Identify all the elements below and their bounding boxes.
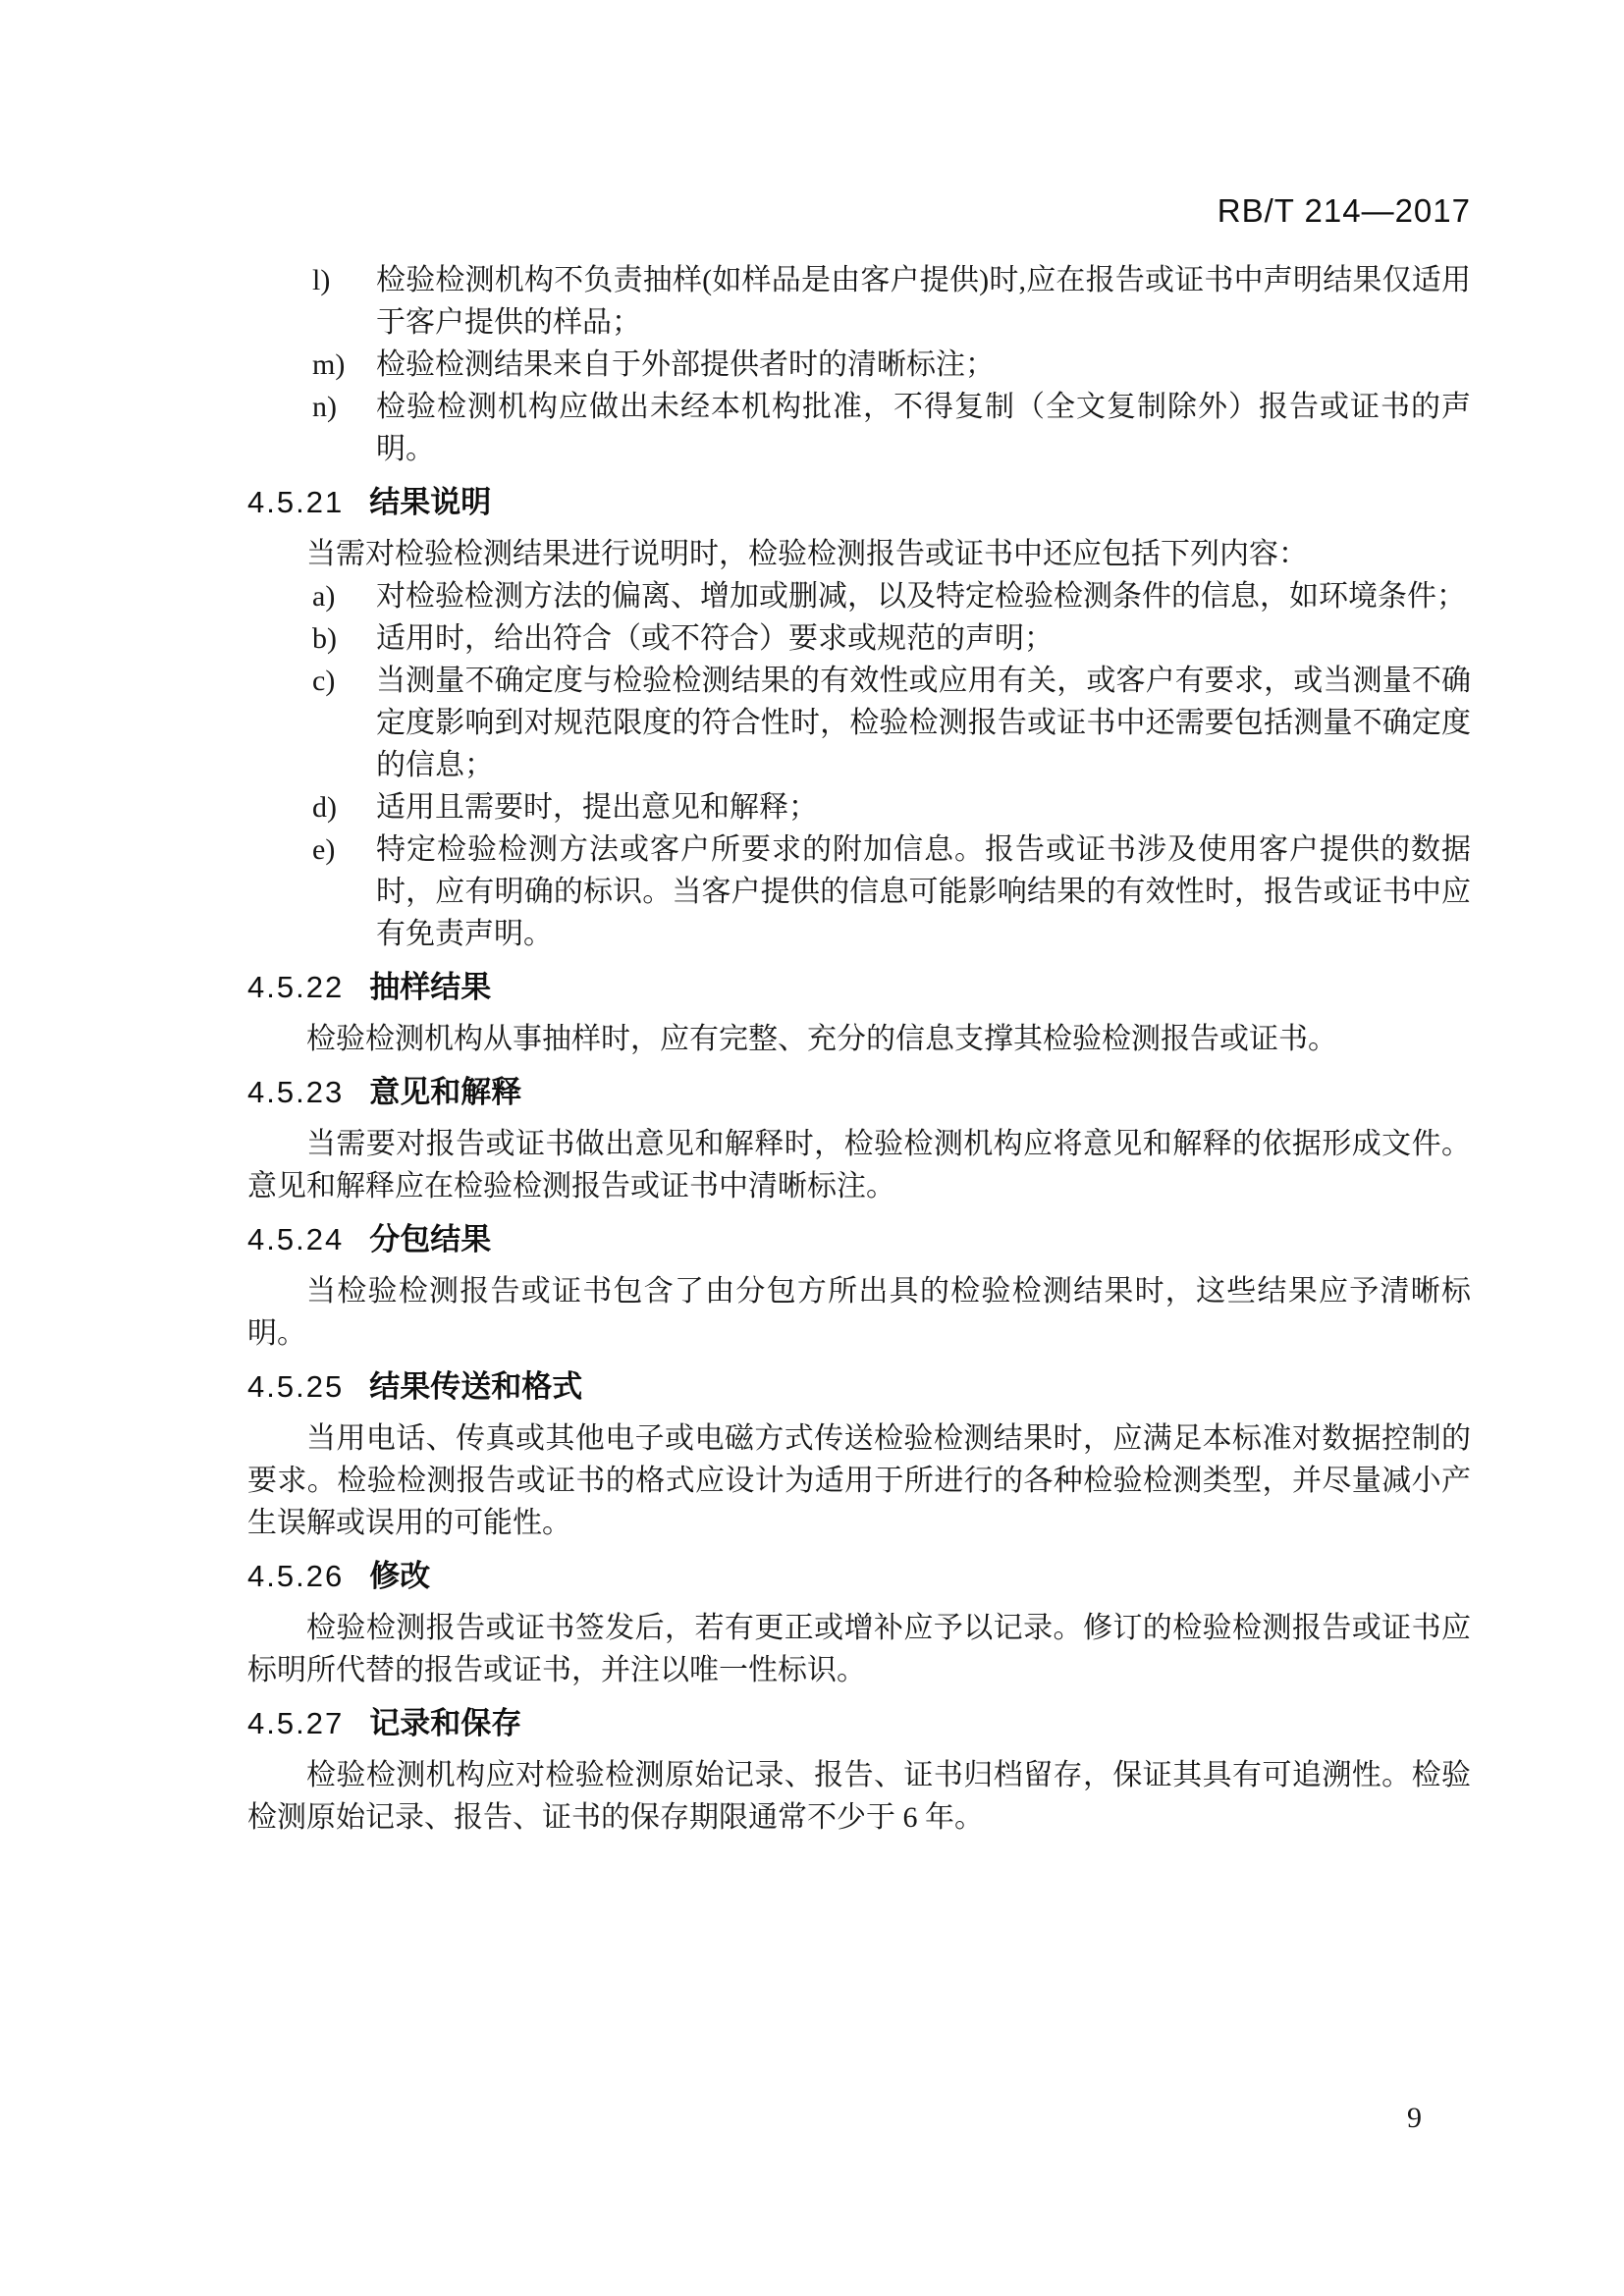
section-paragraph: 当用电话、传真或其他电子或电磁方式传送检验检测结果时，应满足本标准对数据控制的要… [247, 1417, 1471, 1544]
section-4-5-24: 4.5.24分包结果 当检验检测报告或证书包含了由分包方所出具的检验检测结果时，… [247, 1218, 1471, 1355]
standard-number: RB/T 214—2017 [1218, 192, 1471, 229]
section-title: 结果说明 [369, 485, 491, 519]
list-item-marker: e) [312, 828, 371, 871]
page-header: RB/T 214—2017 [247, 192, 1471, 230]
section-number: 4.5.26 [247, 1559, 344, 1593]
list-item: c) 当测量不确定度与检验检测结果的有效性或应用有关，或客户有要求，或当测量不确… [247, 660, 1471, 786]
section-title: 抽样结果 [369, 970, 491, 1004]
section-number: 4.5.24 [247, 1222, 344, 1256]
section-number: 4.5.21 [247, 485, 344, 519]
list-item-text: 检验检测结果来自于外部提供者时的清晰标注； [376, 348, 995, 381]
section-4-5-21: 4.5.21结果说明 当需对检验检测结果进行说明时，检验检测报告或证书中还应包括… [247, 481, 1471, 955]
list-item: l) 检验检测机构不负责抽样(如样品是由客户提供)时,应在报告或证书中声明结果仅… [247, 259, 1471, 344]
list-item-text: 检验检测机构不负责抽样(如样品是由客户提供)时,应在报告或证书中声明结果仅适用于… [376, 264, 1471, 339]
section-number: 4.5.25 [247, 1369, 344, 1404]
list-item-text: 对检验检测方法的偏离、增加或删减，以及特定检验检测条件的信息，如环境条件； [376, 580, 1466, 613]
list-item-marker: m) [312, 344, 371, 386]
section-4-5-26: 4.5.26修改 检验检测报告或证书签发后，若有更正或增补应予以记录。修订的检验… [247, 1555, 1471, 1691]
document-page: RB/T 214—2017 l) 检验检测机构不负责抽样(如样品是由客户提供)时… [0, 0, 1624, 2296]
list-item: d) 适用且需要时，提出意见和解释； [247, 786, 1471, 828]
section-heading: 4.5.25结果传送和格式 [247, 1365, 1471, 1409]
list-item-marker: b) [312, 617, 371, 660]
section-heading: 4.5.24分包结果 [247, 1218, 1471, 1261]
section-4-5-25: 4.5.25结果传送和格式 当用电话、传真或其他电子或电磁方式传送检验检测结果时… [247, 1365, 1471, 1544]
section-title: 记录和保存 [369, 1706, 521, 1740]
list-item-marker: a) [312, 575, 371, 617]
page-content: l) 检验检测机构不负责抽样(如样品是由客户提供)时,应在报告或证书中声明结果仅… [247, 259, 1471, 1839]
section-paragraph: 检验检测报告或证书签发后，若有更正或增补应予以记录。修订的检验检测报告或证书应标… [247, 1607, 1471, 1691]
section-title: 结果传送和格式 [369, 1369, 582, 1404]
list-item-text: 特定检验检测方法或客户所要求的附加信息。报告或证书涉及使用客户提供的数据时，应有… [376, 833, 1471, 950]
section-paragraph: 检验检测机构从事抽样时，应有完整、充分的信息支撑其检验检测报告或证书。 [247, 1018, 1471, 1060]
list-item: e) 特定检验检测方法或客户所要求的附加信息。报告或证书涉及使用客户提供的数据时… [247, 828, 1471, 955]
list-item-text: 当测量不确定度与检验检测结果的有效性或应用有关，或客户有要求，或当测量不确定度影… [376, 665, 1471, 781]
list-item-marker: l) [312, 259, 371, 301]
section-heading: 4.5.23意见和解释 [247, 1071, 1471, 1114]
list-item: b) 适用时，给出符合（或不符合）要求或规范的声明； [247, 617, 1471, 660]
section-title: 意见和解释 [369, 1075, 521, 1109]
section-title: 分包结果 [369, 1222, 491, 1256]
section-number: 4.5.27 [247, 1706, 344, 1740]
list-item-marker: d) [312, 786, 371, 828]
section-4-5-23: 4.5.23意见和解释 当需要对报告或证书做出意见和解释时，检验检测机构应将意见… [247, 1071, 1471, 1207]
list-item-marker: n) [312, 386, 371, 428]
section-clause-list: a) 对检验检测方法的偏离、增加或删减，以及特定检验检测条件的信息，如环境条件；… [247, 575, 1471, 955]
list-item-text: 检验检测机构应做出未经本机构批准，不得复制（全文复制除外）报告或证书的声明。 [376, 391, 1471, 465]
section-heading: 4.5.27记录和保存 [247, 1702, 1471, 1745]
list-item: m) 检验检测结果来自于外部提供者时的清晰标注； [247, 344, 1471, 386]
section-heading: 4.5.21结果说明 [247, 481, 1471, 524]
list-item-text: 适用时，给出符合（或不符合）要求或规范的声明； [376, 622, 1054, 655]
list-item: n) 检验检测机构应做出未经本机构批准，不得复制（全文复制除外）报告或证书的声明… [247, 386, 1471, 470]
section-paragraph: 当检验检测报告或证书包含了由分包方所出具的检验检测结果时，这些结果应予清晰标明。 [247, 1270, 1471, 1355]
section-heading: 4.5.22抽样结果 [247, 966, 1471, 1009]
section-4-5-22: 4.5.22抽样结果 检验检测机构从事抽样时，应有完整、充分的信息支撑其检验检测… [247, 966, 1471, 1060]
section-heading: 4.5.26修改 [247, 1555, 1471, 1598]
top-clause-list: l) 检验检测机构不负责抽样(如样品是由客户提供)时,应在报告或证书中声明结果仅… [247, 259, 1471, 470]
section-number: 4.5.22 [247, 970, 344, 1004]
section-number: 4.5.23 [247, 1075, 344, 1109]
list-item-marker: c) [312, 660, 371, 702]
section-4-5-27: 4.5.27记录和保存 检验检测机构应对检验检测原始记录、报告、证书归档留存，保… [247, 1702, 1471, 1839]
section-paragraph: 检验检测机构应对检验检测原始记录、报告、证书归档留存，保证其具有可追溯性。检验检… [247, 1754, 1471, 1839]
section-paragraph: 当需对检验检测结果进行说明时，检验检测报告或证书中还应包括下列内容： [247, 533, 1471, 575]
section-title: 修改 [369, 1559, 430, 1593]
list-item: a) 对检验检测方法的偏离、增加或删减，以及特定检验检测条件的信息，如环境条件； [247, 575, 1471, 617]
list-item-text: 适用且需要时，提出意见和解释； [376, 791, 818, 824]
page-number: 9 [1407, 2101, 1422, 2136]
section-paragraph: 当需要对报告或证书做出意见和解释时，检验检测机构应将意见和解释的依据形成文件。意… [247, 1123, 1471, 1207]
